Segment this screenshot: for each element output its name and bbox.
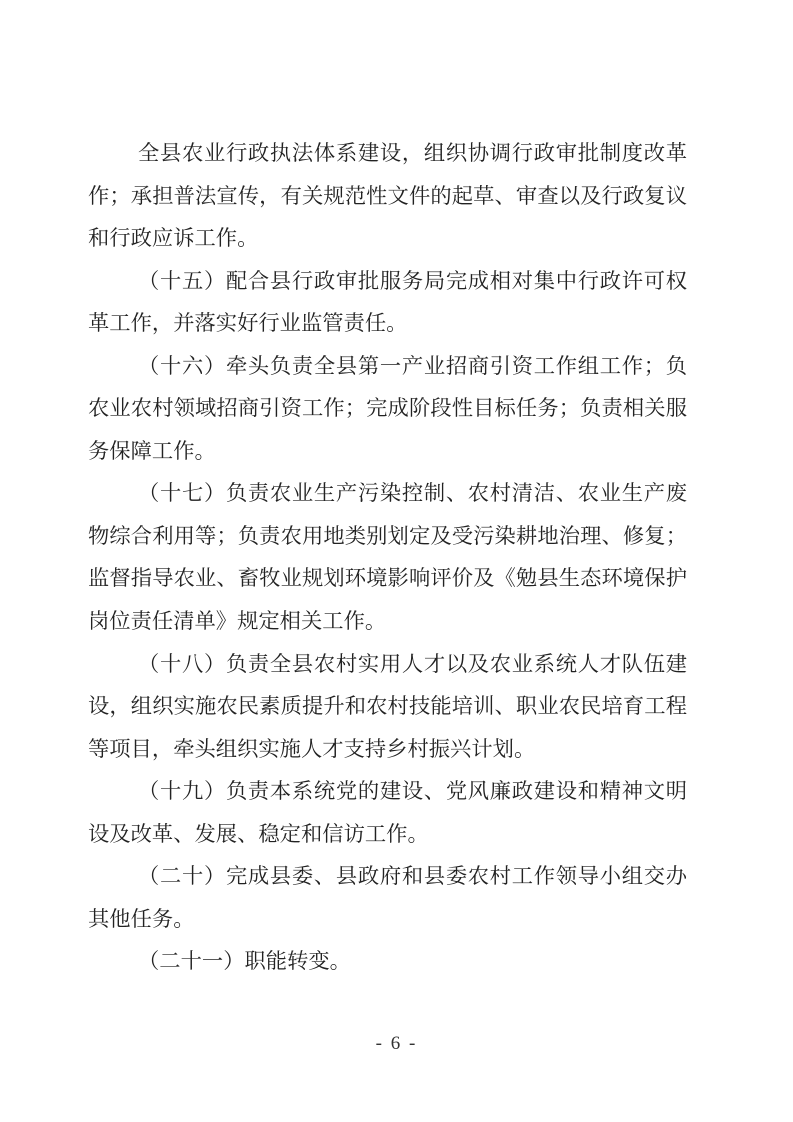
document-line: （十五）配合县行政审批服务局完成相对集中行政许可权改 <box>88 260 687 303</box>
paragraph: （十九）负责本系统党的建设、党风廉政建设和精神文明建设及改革、发展、稳定和信访工… <box>88 770 687 855</box>
document-line: 设，组织实施农民素质提升和农村技能培训、职业农民培育工程 <box>88 685 687 728</box>
document-line: 农业农村领域招商引资工作；完成阶段性目标任务；负责相关服 <box>88 387 687 430</box>
document-line: 全县农业行政执法体系建设，组织协调行政审批制度改革工 <box>88 132 687 175</box>
paragraph: （二十）完成县委、县政府和县委农村工作领导小组交办的其他任务。 <box>88 855 687 940</box>
page-number: - 6 - <box>0 1031 793 1057</box>
document-body: 全县农业行政执法体系建设，组织协调行政审批制度改革工作；承担普法宣传，有关规范性… <box>88 132 687 983</box>
document-line: 等项目，牵头组织实施人才支持乡村振兴计划。 <box>88 728 687 771</box>
document-line: 岗位责任清单》规定相关工作。 <box>88 600 687 643</box>
document-line: 设及改革、发展、稳定和信访工作。 <box>88 813 687 856</box>
document-line: 物综合利用等；负责农用地类别划定及受污染耕地治理、修复； <box>88 515 687 558</box>
paragraph: （二十一）职能转变。 <box>88 940 687 983</box>
document-line: 和行政应诉工作。 <box>88 217 687 260</box>
document-line: 其他任务。 <box>88 898 687 941</box>
paragraph: （十七）负责农业生产污染控制、农村清洁、农业生产废弃物综合利用等；负责农用地类别… <box>88 472 687 642</box>
paragraph: 全县农业行政执法体系建设，组织协调行政审批制度改革工作；承担普法宣传，有关规范性… <box>88 132 687 260</box>
document-line: （十九）负责本系统党的建设、党风廉政建设和精神文明建 <box>88 770 687 813</box>
paragraph: （十六）牵头负责全县第一产业招商引资工作组工作；负责农业农村领域招商引资工作；完… <box>88 345 687 473</box>
document-line: （二十）完成县委、县政府和县委农村工作领导小组交办的 <box>88 855 687 898</box>
paragraph: （十八）负责全县农村实用人才以及农业系统人才队伍建设，组织实施农民素质提升和农村… <box>88 643 687 771</box>
paragraph: （十五）配合县行政审批服务局完成相对集中行政许可权改革工作，并落实好行业监管责任… <box>88 260 687 345</box>
document-line: 监督指导农业、畜牧业规划环境影响评价及《勉县生态环境保护 <box>88 557 687 600</box>
document-page: 全县农业行政执法体系建设，组织协调行政审批制度改革工作；承担普法宣传，有关规范性… <box>0 0 793 1122</box>
document-line: （十七）负责农业生产污染控制、农村清洁、农业生产废弃 <box>88 472 687 515</box>
document-line: （二十一）职能转变。 <box>88 940 687 983</box>
document-line: （十六）牵头负责全县第一产业招商引资工作组工作；负责 <box>88 345 687 388</box>
document-line: 务保障工作。 <box>88 430 687 473</box>
document-line: （十八）负责全县农村实用人才以及农业系统人才队伍建 <box>88 643 687 686</box>
document-line: 作；承担普法宣传，有关规范性文件的起草、审查以及行政复议 <box>88 175 687 218</box>
document-line: 革工作，并落实好行业监管责任。 <box>88 302 687 345</box>
